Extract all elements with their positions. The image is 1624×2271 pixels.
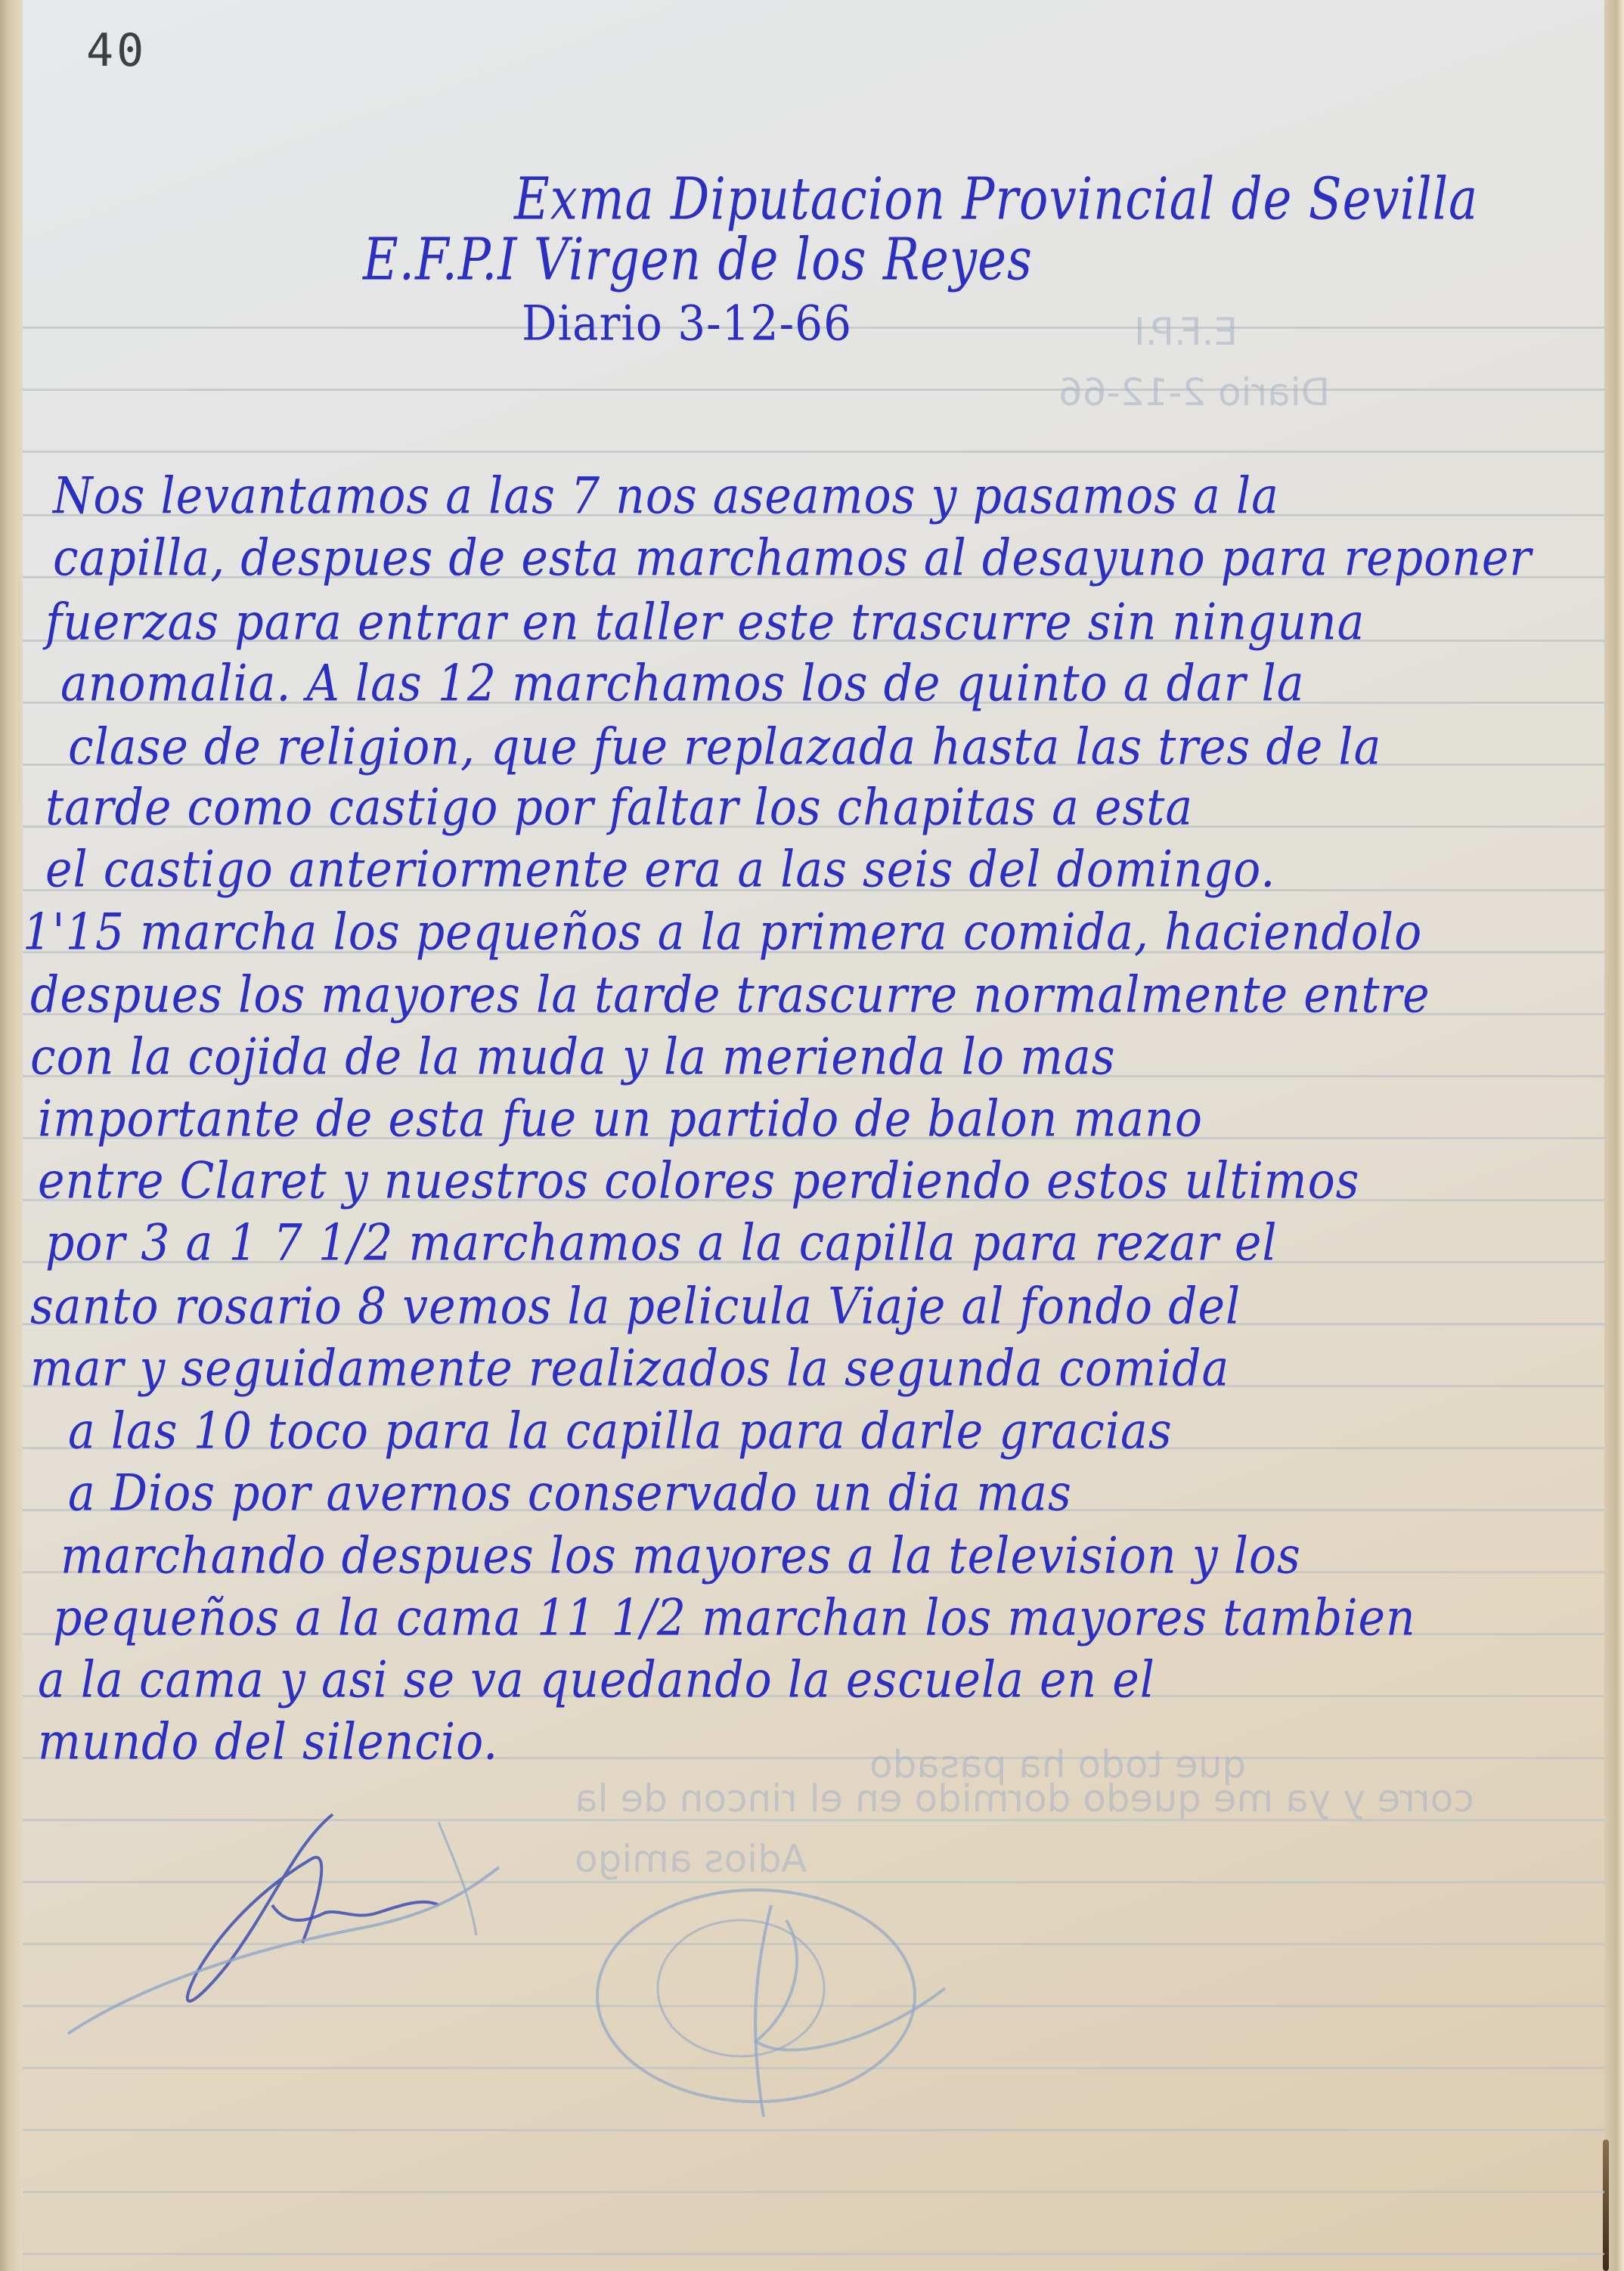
diary-line: clase de religion, que fue replazada has… <box>68 718 1381 776</box>
diary-line: tarde como castigo por faltar los chapit… <box>45 779 1193 837</box>
diary-line: pequeños a la cama 11 1/2 marchan los ma… <box>53 1589 1416 1647</box>
diary-line: santo rosario 8 vemos la pelicula Viaje … <box>30 1278 1241 1336</box>
bleed-through-text: corre y ya me quedo dormido en el rincon… <box>575 1777 1474 1820</box>
diary-line: fuerzas para entrar en taller este trasc… <box>45 593 1365 652</box>
bleed-through-text: E.F.P.I <box>1134 310 1238 354</box>
diary-line: por 3 a 1 7 1/2 marchamos a la capilla p… <box>45 1214 1278 1272</box>
diary-date: Diario 3-12-66 <box>522 295 852 352</box>
ruled-line <box>23 389 1604 391</box>
diary-line: despues los mayores la tarde trascurre n… <box>30 966 1430 1024</box>
diary-line: a las 10 toco para la capilla para darle… <box>68 1402 1173 1461</box>
diary-line: entre Claret y nuestros colores perdiend… <box>38 1152 1359 1210</box>
notebook-page: E.F.P.I Diario 2-12-66 que todo ha pasad… <box>0 0 1624 2271</box>
diary-line: mar y seguidamente realizados la segunda… <box>30 1340 1229 1398</box>
diary-line: anomalia. A las 12 marchamos los de quin… <box>60 655 1304 713</box>
institution-heading: Exma Diputacion Provincial de Sevilla <box>514 166 1478 234</box>
diary-line: capilla, despues de esta marchamos al de… <box>53 529 1532 587</box>
page-number: 40 <box>86 24 147 77</box>
ruled-line <box>23 451 1604 453</box>
diary-line: marchando despues los mayores a la telev… <box>60 1527 1301 1585</box>
diary-line: el castigo anteriormente era a las seis … <box>45 841 1275 899</box>
diary-line: 1'15 marcha los pequeños a la primera co… <box>23 903 1422 962</box>
diary-line: a Dios por avernos conservado un dia mas <box>68 1464 1072 1523</box>
diary-line: mundo del silencio. <box>38 1713 498 1771</box>
diary-line: importante de esta fue un partido de bal… <box>38 1090 1203 1148</box>
page-tear <box>1603 2139 1609 2271</box>
school-heading: E.F.P.I Virgen de los Reyes <box>363 227 1033 294</box>
diary-line: con la cojida de la muda y la merienda l… <box>30 1028 1116 1086</box>
diary-line: a la cama y asi se va quedando la escuel… <box>38 1651 1155 1709</box>
bleed-through-text: Diario 2-12-66 <box>1058 370 1330 414</box>
ruled-line <box>23 2191 1604 2193</box>
signature-left <box>45 1799 514 2041</box>
signature-center-stamp <box>590 1875 1013 2147</box>
ruled-line <box>23 2253 1604 2255</box>
page-binding-edge <box>0 0 23 2271</box>
diary-line: Nos levantamos a las 7 nos aseamos y pas… <box>53 467 1279 525</box>
page-right-edge <box>1604 0 1624 2271</box>
